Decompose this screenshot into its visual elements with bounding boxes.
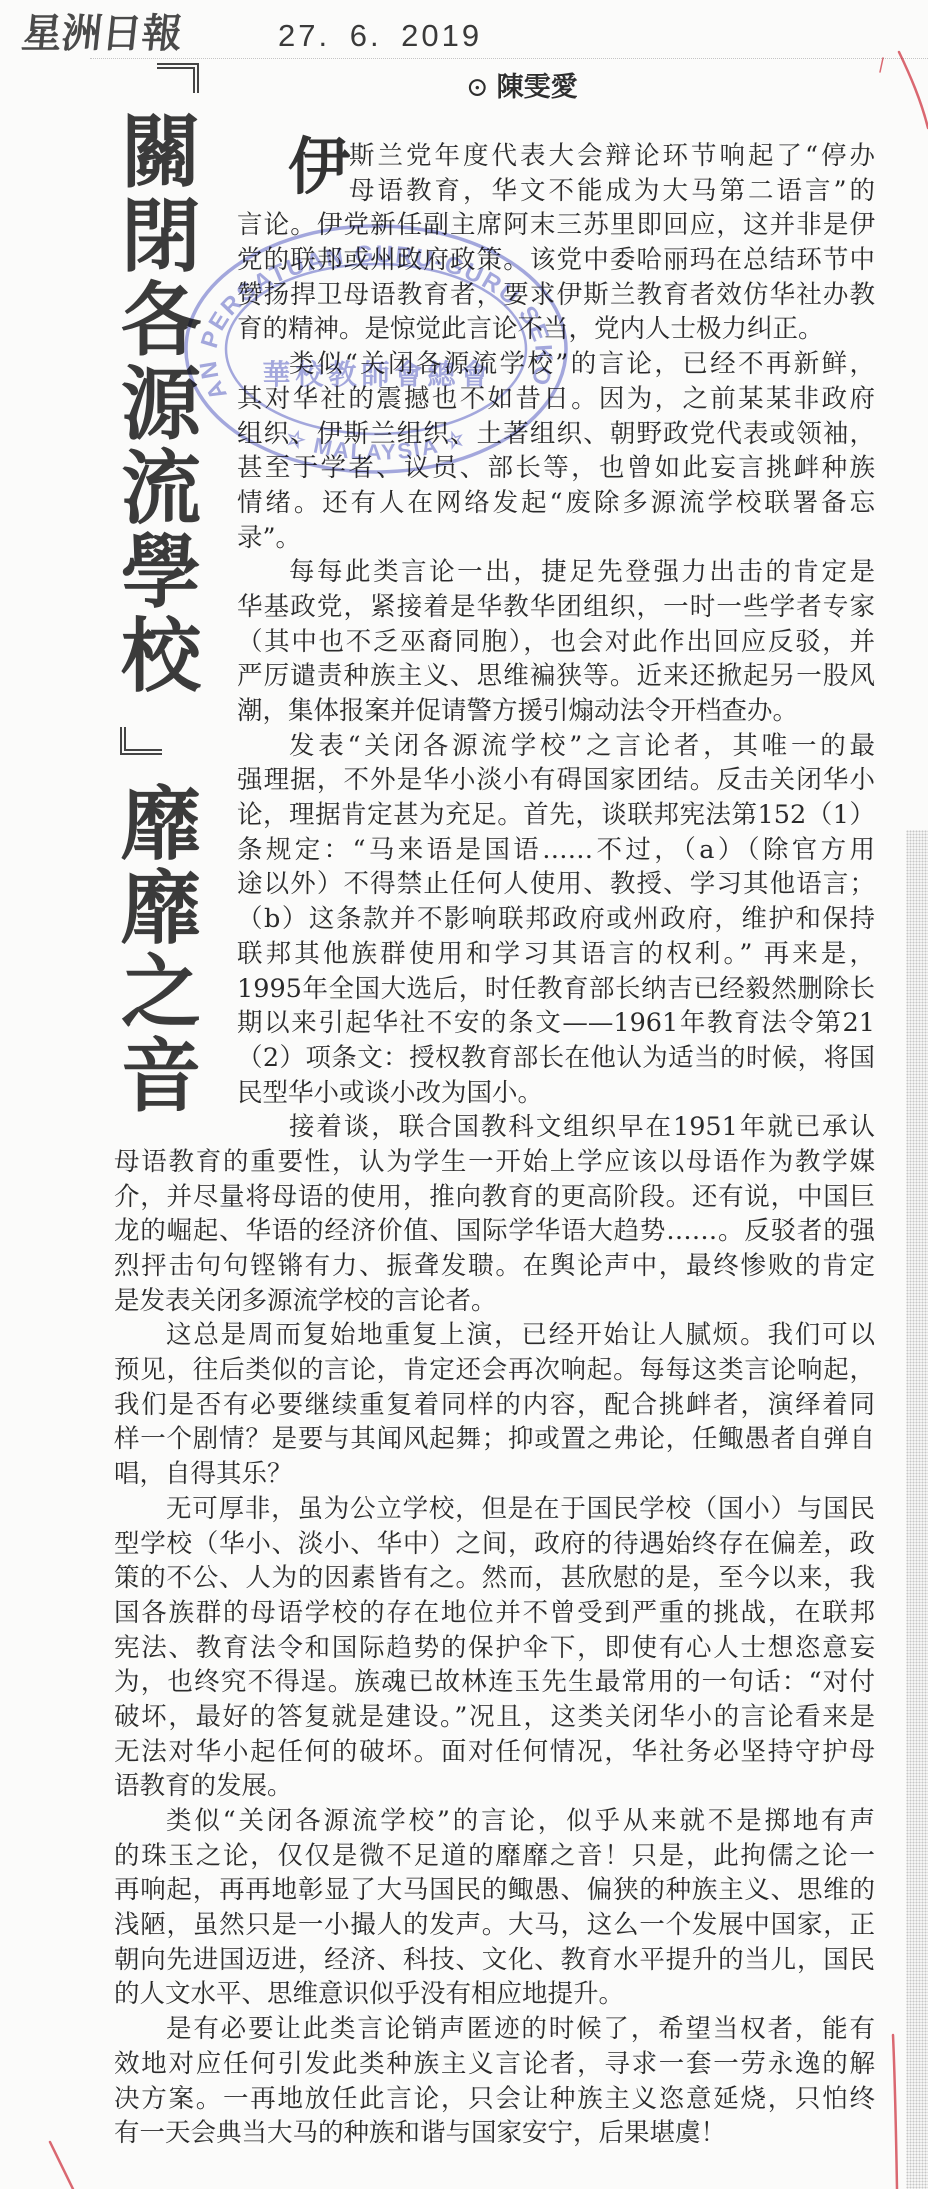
red-mark-top-right-tick (880, 58, 883, 72)
text-line: 无法对华小起任何的破坏。面对任何情况，华社务必坚持守护母 (114, 1735, 875, 1770)
text-line: 浅陋，虽然只是一小撮人的发声。大马，这么一个发展中国家，正 (114, 1908, 875, 1943)
text-line: 为，也终究不得逞。族魂已故林连玉先生最常用的一句话：“对付 (114, 1665, 875, 1700)
text-line: 是发表关闭多源流学校的言论者。 (114, 1284, 875, 1319)
header-divider (90, 58, 928, 59)
article-body: 斯兰党年度代表大会辩论环节响起了“停办 母语教育，华文不能成为大马第二语言”的 … (114, 139, 875, 2151)
text-line: 样一个剧情？是要与其闻风起舞；抑或置之弗论，任鲰愚者自弹自 (114, 1422, 875, 1457)
text-line: 途以外）不得禁止任何人使用、教授、学习其他语言； (237, 867, 875, 902)
text-line: 龙的崛起、华语的经济价值、国际学华语大趋势……。反驳者的强 (114, 1214, 875, 1249)
text-line: 甚至于学者、议员、部长等，也曾如此妄言挑衅种族 (237, 451, 875, 486)
text-line: 这总是周而复始地重复上演，已经开始让人腻烦。我们可以 (114, 1318, 875, 1353)
text-line: （b）这条款并不影响联邦政府或州政府，维护和保持 (237, 902, 875, 937)
text-line: 无可厚非，虽为公立学校，但是在于国民学校（国小）与国民 (114, 1492, 875, 1527)
scan-edge-texture (906, 830, 928, 2189)
headline-open-bracket (157, 63, 199, 93)
text-line: 破坏，最好的答复就是建设。”况且，这类关闭华小的言论看来是 (114, 1700, 875, 1735)
text-line: 的珠玉之论，仅仅是微不足道的靡靡之音！只是，此拘儒之论一 (114, 1839, 875, 1874)
paragraph: 接着谈，联合国教科文组织早在1951年就已承认 母语教育的重要性，认为学生一开始… (114, 1110, 875, 1318)
text-line: 朝向先进国迈进，经济、科技、文化、教育水平提升的当儿，国民 (114, 1943, 875, 1978)
paragraph: 类似“关闭各源流学校”的言论，已经不再新鲜， 其对华社的震撼也不如昔日。因为，之… (114, 347, 875, 555)
text-line: 育的精神。是惊觉此言论不当，党内人士极力纠正。 (237, 312, 875, 347)
byline: ⊙陳雯愛 (466, 72, 578, 104)
byline-bullet-icon: ⊙ (466, 72, 489, 103)
text-line: 策的不公、人为的因素皆有之。然而，甚欣慰的是，至今以来，我 (114, 1561, 875, 1596)
text-line: 每每此类言论一出，捷足先登强力出击的肯定是 (237, 555, 875, 590)
text-line: 型学校（华小、淡小、华中）之间，政府的待遇始终存在偏差，政 (114, 1527, 875, 1562)
text-line: 宪法、教育法令和国际趋势的保护伞下，即使有心人士想恣意妄 (114, 1631, 875, 1666)
publication-date: 27. 6. 2019 (278, 16, 482, 56)
text-line: （2）项条文：授权教育部长在他认为适当的时候，将国 (237, 1041, 875, 1076)
author-name: 陳雯愛 (497, 72, 578, 103)
text-line: 组织、伊斯兰组织、土著组织、朝野政党代表或领袖， (237, 417, 875, 452)
paragraph: 每每此类言论一出，捷足先登强力出击的肯定是 华基政党，紧接着是华教华团组织，一时… (114, 555, 875, 728)
paragraph: 无可厚非，虽为公立学校，但是在于国民学校（国小）与国民 型学校（华小、淡小、华中… (114, 1492, 875, 1804)
text-line: 民型华小或谈小改为国小。 (237, 1076, 875, 1111)
text-line: 有一天会典当大马的种族和谐与国家安宁，后果堪虞！ (114, 2116, 875, 2151)
text-line: 条规定：“马来语是国语……不过，（a）（除官方用 (237, 833, 875, 868)
text-line: 母语教育，华文不能成为大马第二语言”的 (349, 174, 875, 209)
paragraph: 是有必要让此类言论销声匿迹的时候了，希望当权者，能有 效地对应任何引发此类种族主… (114, 2012, 875, 2151)
text-line: 联邦其他族群使用和学习其语言的权利。” 再来是， (237, 937, 875, 972)
text-line: 效地对应任何引发此类种族主义言论者，寻求一套一劳永逸的解 (114, 2047, 875, 2082)
paragraph: 类似“关闭各源流学校”的言论，似乎从来就不是掷地有声 的珠玉之论，仅仅是微不足道… (114, 1804, 875, 2012)
text-line: 是有必要让此类言论销声匿迹的时候了，希望当权者，能有 (114, 2012, 875, 2047)
text-line: 介，并尽量将母语的使用，推向教育的更高阶段。还有说，中国巨 (114, 1180, 875, 1215)
text-line: 再响起，再再地彰显了大马国民的鲰愚、偏狭的种族主义、思维的 (114, 1873, 875, 1908)
paragraph: 斯兰党年度代表大会辩论环节响起了“停办 母语教育，华文不能成为大马第二语言”的 … (114, 139, 875, 347)
text-line: 录”。 (237, 521, 875, 556)
text-line: 党的联邦或州政府政策。该党中委哈丽玛在总结环节中 (237, 243, 875, 278)
text-line: 华基政党，紧接着是华教华团组织，一时一些学者专家 (237, 590, 875, 625)
text-line: 潮，集体报案并促请警方援引煽动法令开档查办。 (237, 694, 875, 729)
text-line: 赞扬捍卫母语教育者，要求伊斯兰教育者效仿华社办教 (237, 278, 875, 313)
red-mark-bottom-left (50, 2142, 73, 2189)
text-line: 类似“关闭各源流学校”的言论，似乎从来就不是掷地有声 (114, 1804, 875, 1839)
text-line: 1995年全国大选后，时任教育部长纳吉已经毅然删除长 (237, 972, 875, 1007)
red-mark-top-right (899, 52, 928, 128)
paragraph: 这总是周而复始地重复上演，已经开始让人腻烦。我们可以 预见，往后类似的言论，肯定… (114, 1318, 875, 1491)
text-line: 唱，自得其乐？ (114, 1457, 875, 1492)
text-line: 国各族群的母语学校的存在地位并不曾受到严重的挑战，在联邦 (114, 1596, 875, 1631)
text-line: 情绪。还有人在网络发起“废除多源流学校联署备忘 (237, 486, 875, 521)
text-line: 其对华社的震撼也不如昔日。因为，之前某某非政府 (237, 382, 875, 417)
text-line: 类似“关闭各源流学校”的言论，已经不再新鲜， (237, 347, 875, 382)
text-line: 预见，往后类似的言论，肯定还会再次响起。每每这类言论响起， (114, 1353, 875, 1388)
text-line: 母语教育的重要性，认为学生一开始上学应该以母语作为教学媒 (114, 1145, 875, 1180)
text-line: 期以来引起华社不安的条文——1961年教育法令第21 (237, 1006, 875, 1041)
text-line: 的人文水平、思维意识似乎没有相应地提升。 (114, 1977, 875, 2012)
text-line: 决方案。一再地放任此言论，只会让种族主义恣意延烧，只怕终 (114, 2082, 875, 2117)
text-line: 斯兰党年度代表大会辩论环节响起了“停办 (349, 139, 875, 174)
text-line: 论，理据肯定甚为充足。首先，谈联邦宪法第152（1） (237, 798, 875, 833)
paragraph: 发表“关闭各源流学校”之言论者，其唯一的最 强理据，不外是华小淡小有碍国家团结。… (114, 729, 875, 1111)
text-line: 严厉谴责种族主义、思维褊狭等。近来还掀起另一股风 (237, 659, 875, 694)
text-line: 发表“关闭各源流学校”之言论者，其唯一的最 (237, 729, 875, 764)
red-mark-bottom-right (893, 2035, 897, 2189)
newspaper-masthead: 星洲日報 (19, 8, 184, 60)
text-line: （其中也不乏巫裔同胞），也会对此作出回应反驳，并 (237, 625, 875, 660)
text-line: 强理据，不外是华小淡小有碍国家团结。反击关闭华小 (237, 763, 875, 798)
text-line: 烈抨击句句铿锵有力、振聋发聩。在舆论声中，最终惨败的肯定 (114, 1249, 875, 1284)
text-line: 接着谈，联合国教科文组织早在1951年就已承认 (237, 1110, 875, 1145)
text-line: 我们是否有必要继续重复着同样的内容，配合挑衅者，演绎着同 (114, 1388, 875, 1423)
text-line: 言论。伊党新任副主席阿末三苏里即回应，这并非是伊 (237, 208, 875, 243)
text-line: 语教育的发展。 (114, 1769, 875, 1804)
